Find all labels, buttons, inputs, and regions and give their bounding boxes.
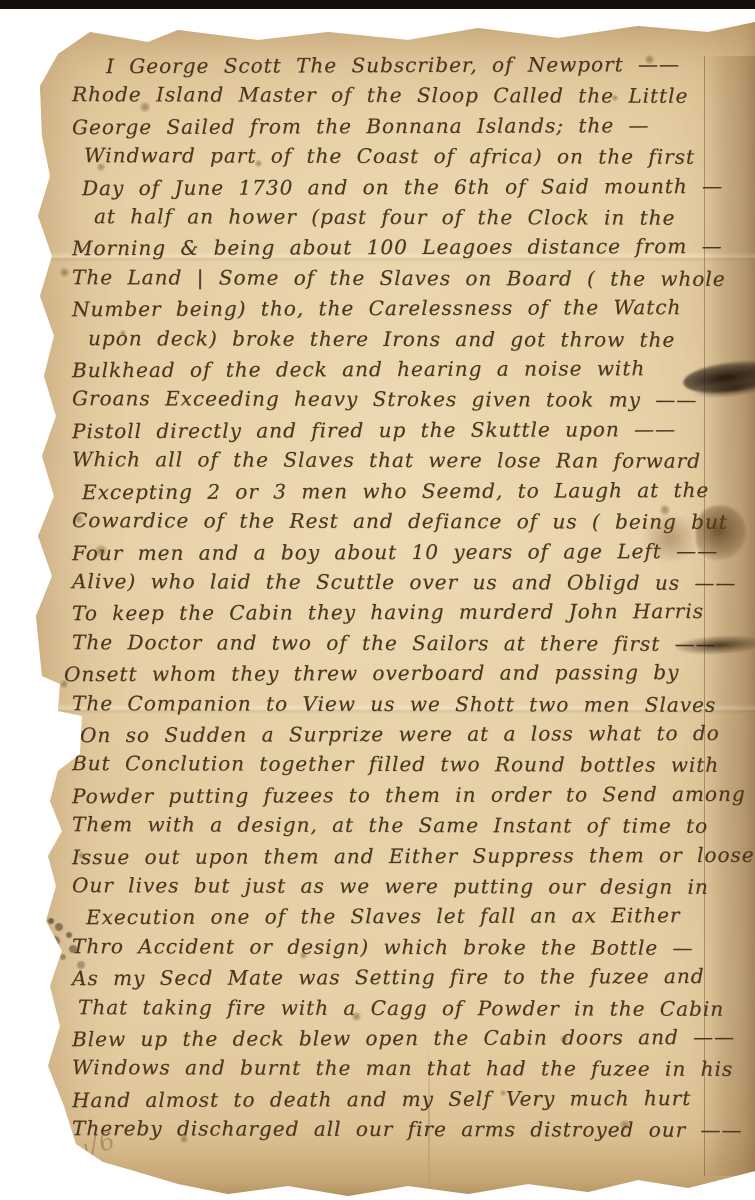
foxing-spot: [612, 95, 618, 101]
foxing-spot: [140, 102, 150, 112]
manuscript-line: Execution one of the Slaves let fall an …: [86, 900, 740, 933]
manuscript-line: Day of June 1730 and on the 6th of Said …: [82, 170, 740, 203]
foxing-spot: [60, 268, 69, 277]
foxing-spot: [97, 163, 105, 171]
foxing-spot: [180, 1135, 188, 1143]
foxing-spot: [255, 160, 262, 167]
manuscript-line: at half an hower (past four of the Clock…: [94, 201, 740, 233]
manuscript-line: On so Sudden a Surprize were at a loss w…: [80, 718, 740, 751]
manuscript-line: Number being) tho, the Carelessness of t…: [72, 292, 740, 325]
foxing-spot: [660, 505, 670, 515]
manuscript-line: Bulkhead of the deck and hearing a noise…: [72, 353, 740, 386]
manuscript-line: To keep the Cabin they having murderd Jo…: [72, 596, 740, 629]
foxing-spot: [120, 330, 126, 336]
manuscript-line: Our lives but just as we were putting ou…: [72, 870, 740, 902]
foxing-spot: [300, 952, 307, 959]
manuscript-line: I George Scott The Subscriber, of Newpor…: [106, 49, 740, 82]
manuscript-line: Morning & being about 100 Leagoes distan…: [72, 231, 740, 264]
foxing-spot: [500, 1090, 506, 1096]
manuscript-line: But Conclution together filled two Round…: [72, 748, 740, 780]
manuscript-line: upon deck) broke there Irons and got thr…: [88, 323, 740, 355]
manuscript-line: Onsett whom they threw overboard and pas…: [64, 657, 740, 690]
manuscript-line: The Doctor and two of the Sailors at the…: [72, 627, 740, 659]
manuscript-line: George Sailed from the Bonnana Islands; …: [72, 110, 740, 143]
manuscript-line: Thro Accident or design) which broke the…: [72, 931, 740, 963]
foxing-spot: [645, 55, 654, 64]
manuscript-line: Issue out upon them and Either Suppress …: [72, 839, 740, 872]
manuscript-line: Hand almost to death and my Self Very mu…: [72, 1083, 740, 1116]
scan-edge-bar: [0, 0, 755, 9]
manuscript-line: The Companion to View us we Shott two me…: [72, 688, 740, 720]
foxing-spot: [60, 680, 68, 688]
manuscript-line: That taking fire with a Cagg of Powder i…: [78, 992, 740, 1024]
foxing-spot: [352, 1012, 361, 1021]
foxing-spot: [100, 822, 109, 831]
foxing-spot: [620, 1120, 630, 1130]
manuscript-line: Alive) who laid the Scuttle over us and …: [72, 566, 740, 598]
manuscript-line: Windows and burnt the man that had the f…: [72, 1053, 740, 1085]
foxing-spot: [78, 852, 85, 859]
manuscript-line: Blew up the deck blew open the Cabin doo…: [72, 1022, 740, 1055]
ink-speckles: [48, 918, 54, 924]
manuscript-line: Powder putting fuzees to them in order t…: [72, 779, 740, 812]
manuscript-line: As my Secd Mate was Setting fire to the …: [72, 961, 740, 994]
scanned-manuscript-view: { "doc": { "colors": { "paper": "#e3cb9f…: [0, 0, 755, 1200]
foxing-spot: [560, 1035, 568, 1043]
manuscript-line: Which all of the Slaves that were lose R…: [72, 444, 740, 476]
manuscript-line: The Land | Some of the Slaves on Board (…: [72, 262, 740, 294]
faint-pencil-mark: ey/6: [55, 1126, 120, 1171]
foxing-spot: [95, 545, 107, 557]
manuscript-paper: I George Scott The Subscriber, of Newpor…: [28, 16, 755, 1196]
manuscript-line: Pistoll directly and fired up the Skuttl…: [72, 414, 740, 447]
manuscript-line: Thereby discharged all our fire arms dis…: [72, 1113, 740, 1145]
manuscript-line: Rhode Island Master of the Sloop Called …: [72, 80, 740, 112]
manuscript-line: Windward part of the Coast of africa) on…: [84, 140, 740, 172]
manuscript-line: Groans Exceeding heavy Strokes given too…: [72, 384, 740, 416]
manuscript-line: Them with a design, at the Same Instant …: [72, 809, 740, 841]
foxing-spot: [75, 515, 83, 523]
stain-blot: [640, 516, 700, 560]
manuscript-line: Excepting 2 or 3 men who Seemd, to Laugh…: [82, 475, 740, 508]
manuscript-text: I George Scott The Subscriber, of Newpor…: [72, 50, 740, 1145]
